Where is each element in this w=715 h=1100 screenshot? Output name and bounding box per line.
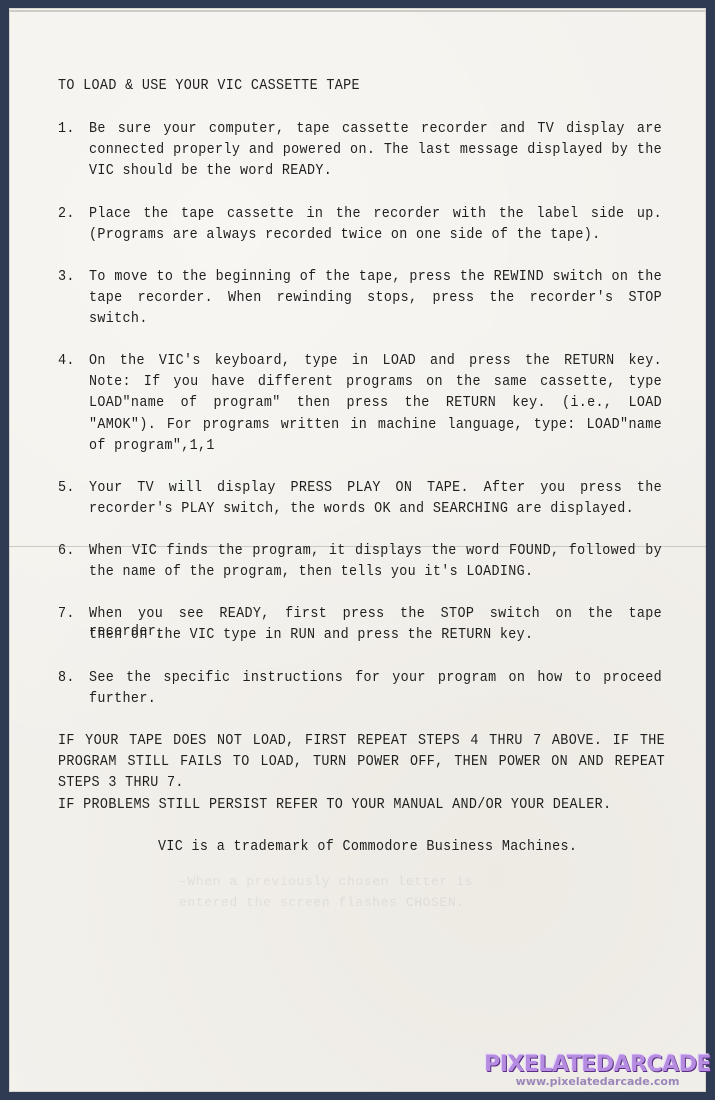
troubleshooting-line: IF PROBLEMS STILL PERSIST REFER TO YOUR …: [58, 797, 611, 815]
troubleshooting-line: STEPS 3 THRU 7.: [58, 775, 184, 793]
step-text-line: (Programs are always recorded twice on o…: [89, 227, 601, 245]
step-text-line: the name of the program, then tells you …: [89, 564, 533, 582]
step-text-line: "AMOK"). For programs written in machine…: [89, 417, 662, 435]
step-number: 3.: [58, 269, 75, 287]
step-text-line: LOAD"name of program" then press the RET…: [89, 395, 662, 413]
troubleshooting-line: IF YOUR TAPE DOES NOT LOAD, FIRST REPEAT…: [58, 733, 665, 751]
watermark-logo: PIXELATEDARCADE: [484, 1052, 711, 1077]
step-text-line: further.: [89, 691, 156, 709]
step-text-line: then on the VIC type in RUN and press th…: [89, 627, 533, 645]
step-text-line: To move to the beginning of the tape, pr…: [89, 269, 662, 287]
step-text-line: connected properly and powered on. The l…: [89, 142, 662, 160]
step-text-line: See the specific instructions for your p…: [89, 670, 662, 688]
document-title: TO LOAD & USE YOUR VIC CASSETTE TAPE: [58, 78, 360, 96]
step-number: 6.: [58, 543, 75, 561]
step-text-line: Place the tape cassette in the recorder …: [89, 206, 662, 224]
step-text-line: recorder's PLAY switch, the words OK and…: [89, 501, 634, 519]
step-number: 4.: [58, 353, 75, 371]
step-text-line: When VIC finds the program, it displays …: [89, 543, 662, 561]
step-number: 8.: [58, 670, 75, 688]
step-number: 1.: [58, 121, 75, 139]
step-text-line: switch.: [89, 311, 148, 329]
step-text-line: Your TV will display PRESS PLAY ON TAPE.…: [89, 480, 662, 498]
troubleshooting-line: PROGRAM STILL FAILS TO LOAD, TURN POWER …: [58, 754, 665, 772]
bleed-through-text: –When a previously chosen letter is: [179, 874, 473, 889]
step-text-line: tape recorder. When rewinding stops, pre…: [89, 290, 662, 308]
watermark-url: www.pixelatedarcade.com: [484, 1075, 711, 1088]
step-text-line: of program",1,1: [89, 438, 215, 456]
step-text-line: Be sure your computer, tape cassette rec…: [89, 121, 662, 139]
document-page: –When a previously chosen letter is ente…: [9, 8, 706, 1092]
step-text-line: Note: If you have different programs on …: [89, 374, 662, 392]
watermark: PIXELATEDARCADE www.pixelatedarcade.com: [484, 1052, 711, 1088]
step-text-line: On the VIC's keyboard, type in LOAD and …: [89, 353, 662, 371]
bleed-through-text: entered the screen flashes CHOSEN.: [179, 895, 465, 910]
step-number: 2.: [58, 206, 75, 224]
trademark-notice: VIC is a trademark of Commodore Business…: [158, 839, 577, 857]
step-text-line: VIC should be the word READY.: [89, 163, 332, 181]
step-number: 5.: [58, 480, 75, 498]
step-number: 7.: [58, 606, 75, 624]
paper-edge: [9, 10, 706, 12]
